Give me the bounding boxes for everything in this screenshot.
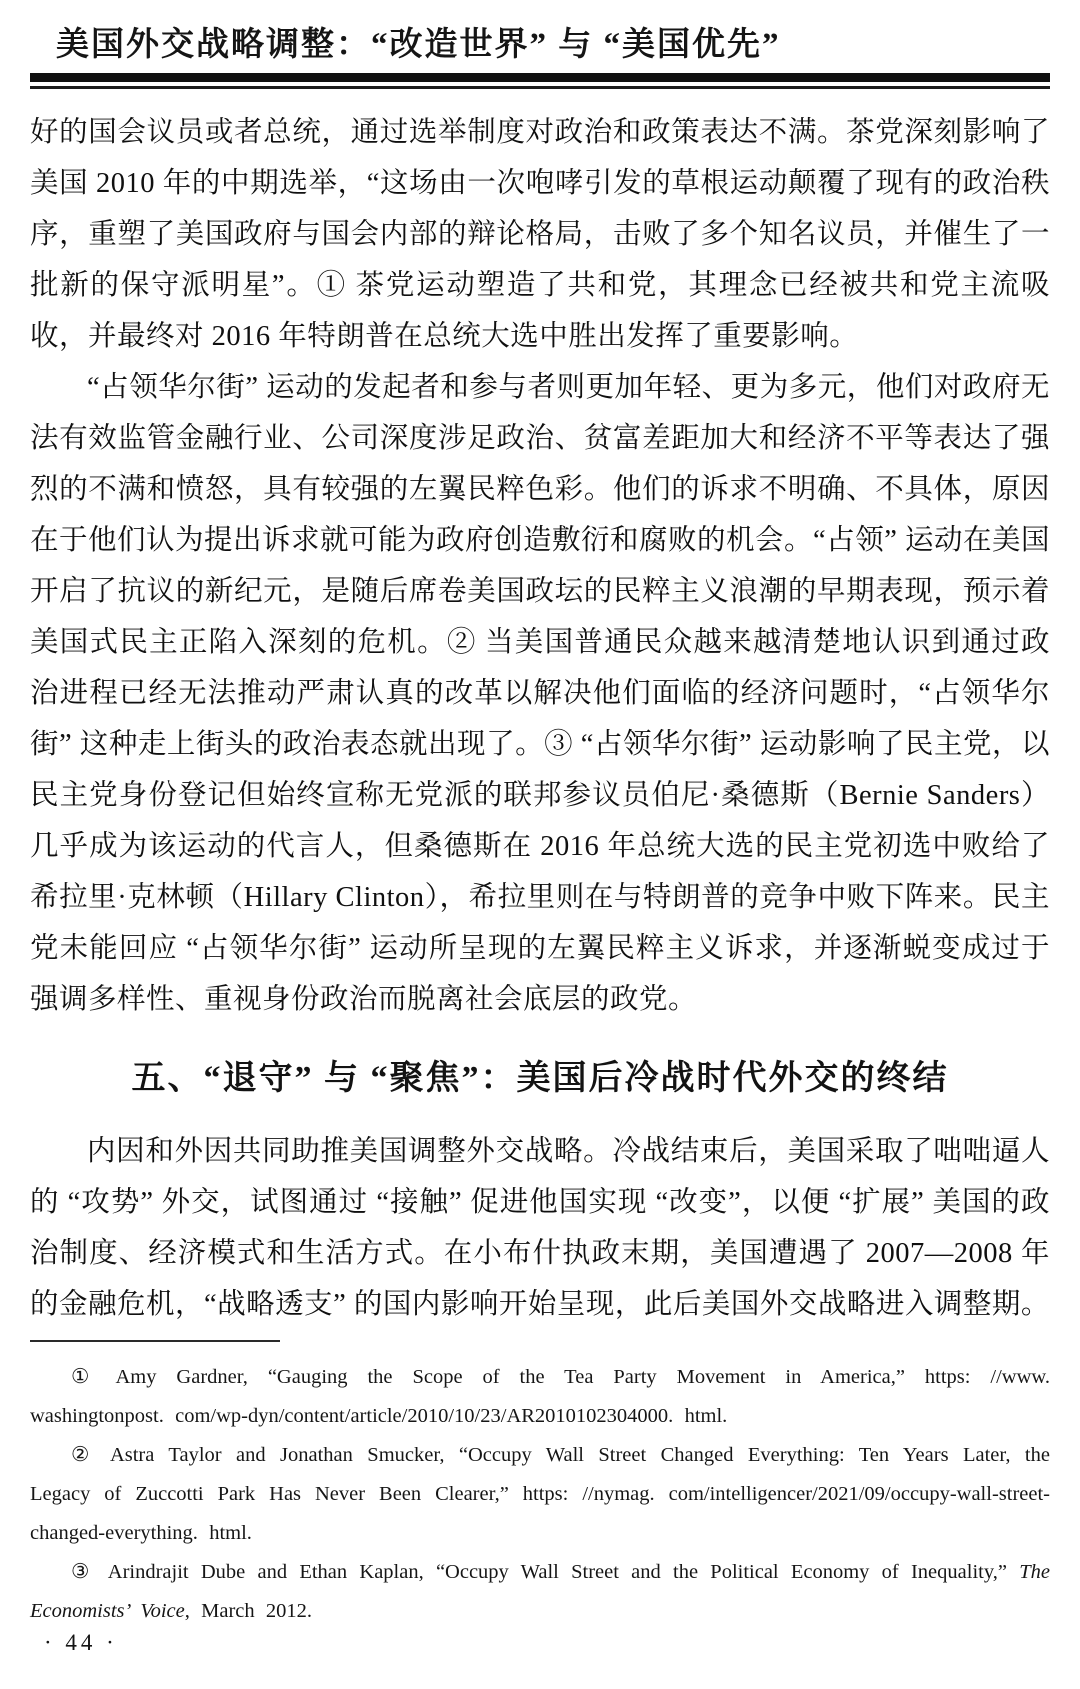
paragraph-occupy-wall-street: “占领华尔街” 运动的发起者和参与者则更加年轻、更为多元，他们对政府无法有效监管… (30, 362, 1050, 1025)
header-rule-thin (30, 86, 1050, 89)
footnote-1: ①Amy Gardner, “Gauging the Scope of the … (30, 1358, 1050, 1436)
footnote-2-text: Astra Taylor and Jonathan Smucker, “Occu… (30, 1444, 1050, 1544)
footnote-2-marker: ② (71, 1444, 93, 1466)
footnote-2: ②Astra Taylor and Jonathan Smucker, “Occ… (30, 1436, 1050, 1553)
section-heading-five: 五、“退守” 与 “聚焦”：美国后冷战时代外交的终结 (30, 1055, 1050, 1103)
running-head-title: 美国外交战略调整：“改造世界” 与 “美国优先” (30, 26, 1050, 66)
footnote-3-text-before: Arindrajit Dube and Ethan Kaplan, “Occup… (108, 1561, 1019, 1583)
footnotes-section: ①Amy Gardner, “Gauging the Scope of the … (30, 1340, 1050, 1631)
footnote-3-marker: ③ (71, 1561, 90, 1583)
header-rule-thick (30, 73, 1050, 82)
paragraph-tea-party: 好的国会议员或者总统，通过选举制度对政治和政策表达不满。茶党深刻影响了美国 20… (30, 107, 1050, 362)
footnote-3: ③Arindrajit Dube and Ethan Kaplan, “Occu… (30, 1553, 1050, 1631)
page-number: · 44 · (44, 1630, 118, 1656)
document-page: 美国外交战略调整：“改造世界” 与 “美国优先” 好的国会议员或者总统，通过选举… (0, 0, 1080, 1689)
footnote-1-text: Amy Gardner, “Gauging the Scope of the T… (30, 1366, 1050, 1427)
page-header: 美国外交战略调整：“改造世界” 与 “美国优先” (30, 26, 1050, 89)
footnote-1-marker: ① (71, 1366, 98, 1388)
page-body: 好的国会议员或者总统，通过选举制度对政治和政策表达不满。茶党深刻影响了美国 20… (30, 107, 1050, 1331)
paragraph-strategy-adjustment: 内因和外因共同助推美国调整外交战略。冷战结束后，美国采取了咄咄逼人的 “攻势” … (30, 1126, 1050, 1330)
footnote-separator-rule (30, 1340, 280, 1342)
footnote-3-text-after: , March 2012. (185, 1600, 312, 1622)
